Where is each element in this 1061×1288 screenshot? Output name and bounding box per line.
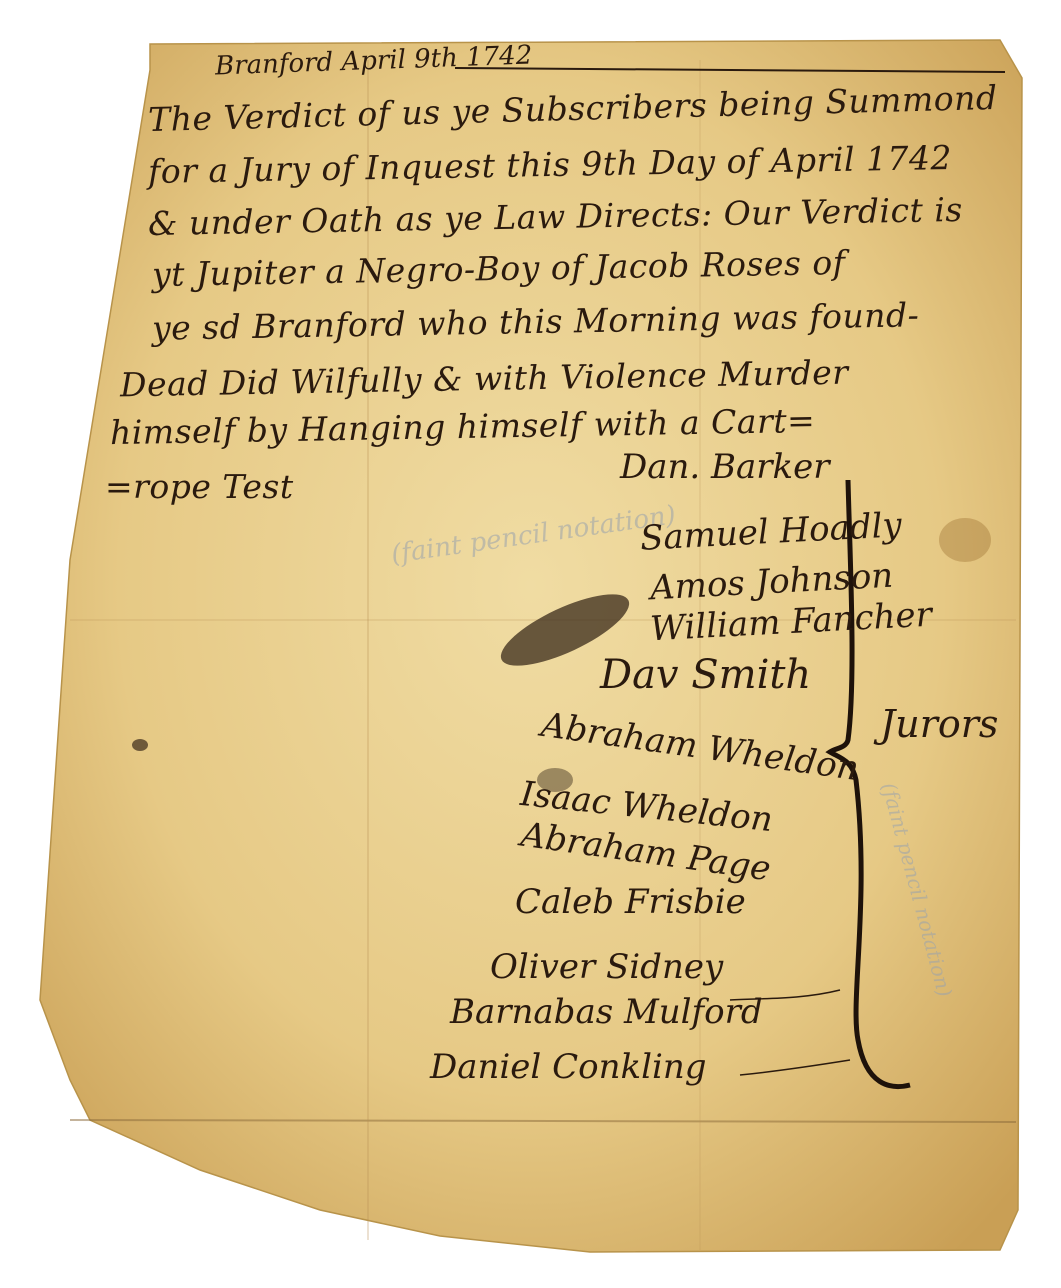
signature: Caleb Frisbie bbox=[515, 885, 746, 919]
signature: Daniel Conkling bbox=[430, 1050, 707, 1084]
signature: Dan. Barker bbox=[620, 450, 830, 484]
signature: Barnabas Mulford bbox=[450, 995, 763, 1029]
jurors-label: Jurors bbox=[880, 705, 998, 743]
body-line-8: =rope Test bbox=[105, 470, 294, 503]
signature: Dav Smith bbox=[600, 655, 811, 695]
signature: Oliver Sidney bbox=[490, 950, 723, 984]
